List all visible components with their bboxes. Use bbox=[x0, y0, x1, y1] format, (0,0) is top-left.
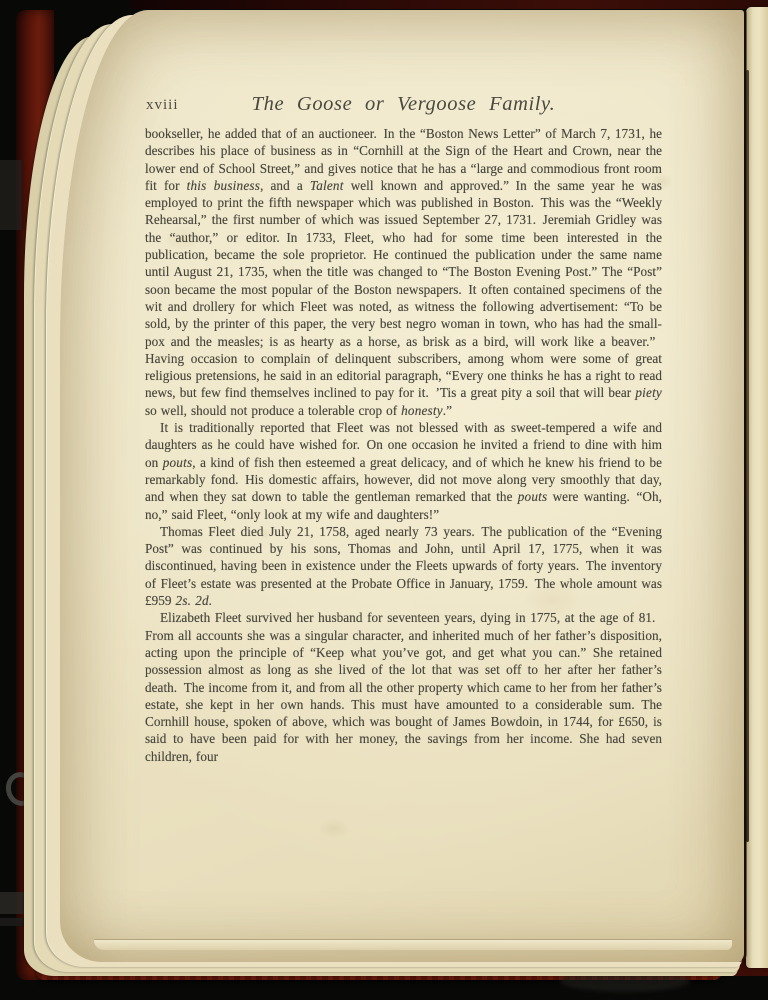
page-text: bookseller, he added that of an auctione… bbox=[145, 125, 662, 765]
italic-text: this business bbox=[187, 178, 260, 193]
next-page-edge bbox=[746, 7, 768, 968]
body-text-run: so well, should not produce a tolerable … bbox=[145, 403, 401, 418]
italic-text: piety bbox=[635, 385, 662, 400]
page-edge-crack bbox=[746, 70, 749, 842]
body-text-run: , and a bbox=[260, 178, 310, 193]
body-text-run: Elizabeth Fleet survived her husband for… bbox=[145, 610, 662, 763]
body-text-run: Thomas Fleet died July 21, 1758, aged ne… bbox=[145, 524, 662, 608]
paragraph: Thomas Fleet died July 21, 1758, aged ne… bbox=[145, 523, 662, 609]
italic-text: Talent bbox=[310, 178, 344, 193]
book-scan: xviii The Goose or Vergoose Family. book… bbox=[0, 0, 768, 1000]
binding-top-edge bbox=[130, 0, 768, 9]
body-text-run: well known and approved.” In the same ye… bbox=[145, 178, 662, 401]
body-text-run: .” bbox=[443, 403, 452, 418]
text-block: xviii The Goose or Vergoose Family. book… bbox=[145, 86, 662, 765]
italic-text: pouts bbox=[518, 489, 548, 504]
italic-text: pouts bbox=[163, 455, 193, 470]
running-title: The Goose or Vergoose Family. bbox=[145, 93, 662, 116]
scanner-hardware bbox=[0, 160, 22, 230]
page-header: xviii The Goose or Vergoose Family. bbox=[145, 86, 662, 116]
italic-text: 2s. 2d. bbox=[176, 593, 213, 608]
paragraph: It is traditionally reported that Fleet … bbox=[145, 419, 662, 523]
book-page: xviii The Goose or Vergoose Family. book… bbox=[60, 10, 744, 962]
italic-text: honesty bbox=[401, 403, 443, 418]
paragraph: Elizabeth Fleet survived her husband for… bbox=[145, 609, 662, 765]
under-sheet-edge bbox=[94, 939, 732, 950]
paragraph: bookseller, he added that of an auctione… bbox=[145, 125, 662, 419]
